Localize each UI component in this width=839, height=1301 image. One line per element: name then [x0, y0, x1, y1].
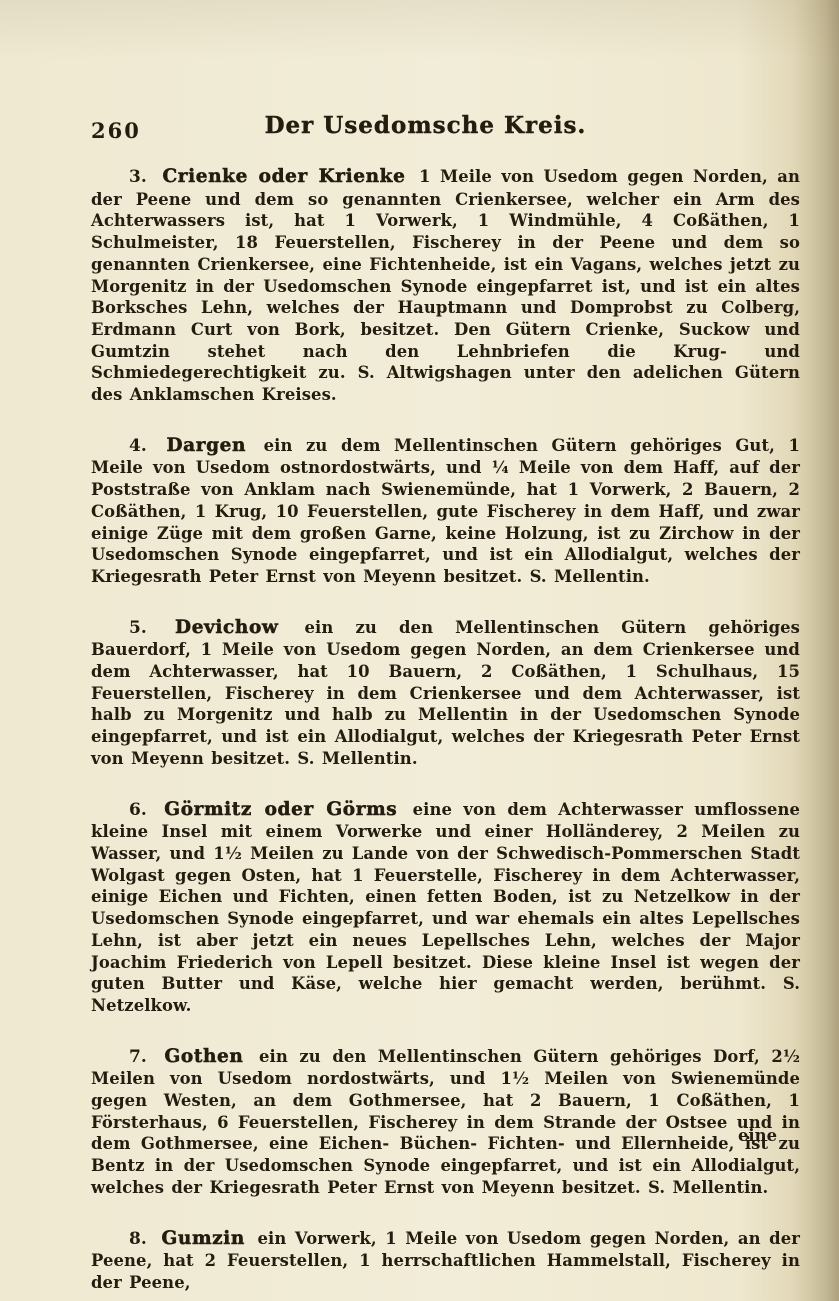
entry-devichow: 5. Devichow ein zu den Mellentinschen Gü… — [91, 617, 800, 770]
entry-gothen: 7. Gothen ein zu den Mellentinschen Güte… — [91, 1046, 800, 1199]
entry-text: eine von dem Achterwasser umflossene kle… — [91, 800, 800, 1015]
entry-name: Crienke oder Krienke — [162, 166, 409, 187]
entry-dargen: 4. Dargen ein zu dem Mellentinschen Güte… — [91, 435, 800, 588]
entry-number: 3. — [129, 167, 153, 187]
entry-number: 4. — [129, 436, 153, 456]
entry-text: ein zu den Mellentinschen Gütern gehörig… — [91, 1047, 800, 1197]
entry-name: Görmitz oder Görms — [164, 799, 401, 820]
text-block: 3. Crienke oder Krienke 1 Meile von Used… — [91, 166, 800, 1294]
entry-number: 6. — [129, 800, 153, 820]
entry-number: 8. — [129, 1229, 153, 1249]
catchword: eine — [91, 1126, 777, 1145]
entry-text: ein zu den Mellentinschen Gütern gehörig… — [91, 618, 800, 768]
entry-goermitz: 6. Görmitz oder Görms eine von dem Achte… — [91, 799, 800, 1017]
page-top-shade — [0, 0, 839, 60]
entry-name: Gumzin — [162, 1228, 249, 1249]
entry-number: 5. — [129, 618, 153, 638]
entry-number: 7. — [129, 1047, 153, 1067]
book-page: 260 Der Usedomsche Kreis. 3. Crienke ode… — [0, 0, 839, 1301]
page-header: 260 Der Usedomsche Kreis. — [91, 112, 800, 146]
page-title: Der Usedomsche Kreis. — [91, 112, 760, 139]
entry-name: Dargen — [167, 435, 251, 456]
entry-text: 1 Meile von Usedom gegen Norden, an der … — [91, 167, 800, 404]
entry-text: ein zu dem Mellentinschen Gütern gehörig… — [91, 436, 800, 586]
entry-name: Gothen — [164, 1046, 247, 1067]
entry-crienke: 3. Crienke oder Krienke 1 Meile von Used… — [91, 166, 800, 406]
entry-name: Devichow — [175, 617, 282, 638]
entry-gumzin: 8. Gumzin ein Vorwerk, 1 Meile von Usedo… — [91, 1228, 800, 1294]
